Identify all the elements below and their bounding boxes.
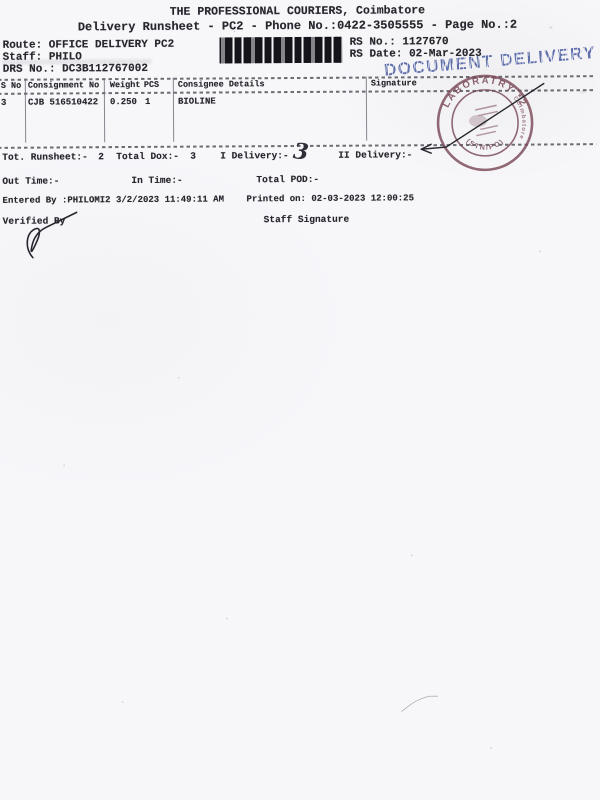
runsheet-document: THE PROFESSIONAL COURIERS, Coimbatore De…: [0, 0, 600, 800]
paper-speck: [490, 747, 492, 749]
pen-ink-overlay: [0, 0, 600, 800]
faint-pen-squiggle: [402, 696, 438, 711]
paper-speck: [63, 464, 65, 466]
paper-speck: [539, 251, 541, 253]
paper-speck: [226, 617, 228, 619]
paper-speck: [122, 701, 124, 703]
paper-speck: [549, 26, 552, 28]
paper-speck: [581, 90, 585, 93]
scanned-content: THE PROFESSIONAL COURIERS, Coimbatore De…: [0, 0, 600, 800]
paper-speck: [178, 377, 180, 379]
paper-speck: [233, 30, 235, 32]
handwritten-arrow-line: [421, 84, 544, 150]
paper-speck: [411, 554, 413, 556]
verified-by-signature-mark: [27, 212, 77, 257]
